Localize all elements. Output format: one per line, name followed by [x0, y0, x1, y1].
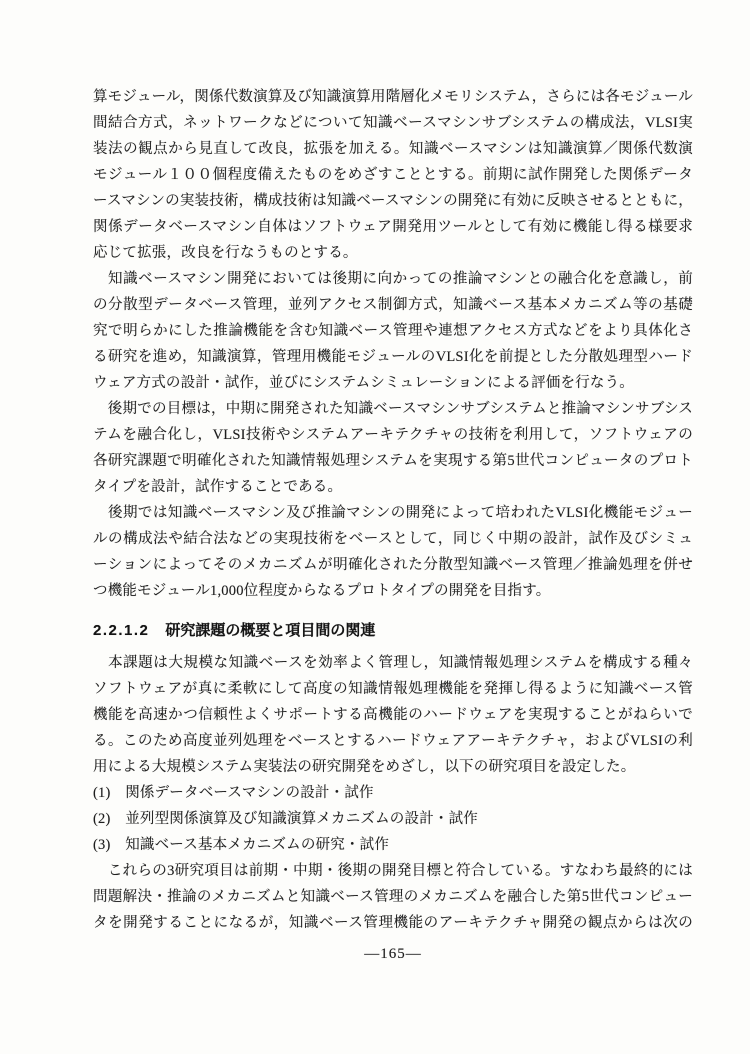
- text-line: モジュール１００個程度備えたものをめざすこととする。前期に試作開発した関係データ…: [93, 162, 693, 188]
- numbered-list: (1) 関係データベースマシンの設計・試作(2) 並列型関係演算及び知識演算メカ…: [93, 780, 693, 858]
- text-line: 知識ベースマシン開発においては後期に向かっての推論マシンとの融合化を意識し，前期: [93, 266, 693, 292]
- text-line: ウェア方式の設計・試作，並びにシステムシミュレーションによる評価を行なう。: [93, 370, 693, 396]
- section-number: 2.2.1.2: [93, 622, 149, 639]
- paragraph: 後期では知識ベースマシン及び推論マシンの開発によって培われたVLSI化機能モジュ…: [93, 500, 693, 604]
- section-heading: 2.2.1.2研究課題の概要と項目間の関連: [93, 618, 693, 644]
- text-line: 後期での目標は，中期に開発された知識ベースマシンサブシステムと推論マシンサブシス: [93, 396, 693, 422]
- text-line: 機能を高速かつ信頼性よくサポートする高機能のハードウェアを実現することがねらいで…: [93, 702, 693, 728]
- list-item: (3) 知識ベース基本メカニズムの研究・試作: [93, 832, 693, 858]
- text-line: ーションによってそのメカニズムが明確化された分散型知識ベース管理／推論処理を併せ…: [93, 552, 693, 578]
- text-line: る研究を進め，知識演算，管理用機能モジュールのVLSI化を前提とした分散処理型ハ…: [93, 344, 693, 370]
- text-line: る。このため高度並列処理をベースとするハードウェアアーキテクチャ，およびVLSI…: [93, 728, 693, 754]
- text-line: 間結合方式，ネットワークなどについて知識ベースマシンサブシステムの構成法，VLS…: [93, 110, 693, 136]
- page-number: ―165―: [93, 941, 693, 967]
- paragraph: 本課題は大規模な知識ベースを効率よく管理し，知識情報処理システムを構成する種々の…: [93, 650, 693, 780]
- text-line: つ機能モジュール1,000位程度からなるプロトタイプの開発を目指す。: [93, 578, 693, 604]
- paragraph: 後期での目標は，中期に開発された知識ベースマシンサブシステムと推論マシンサブシス…: [93, 396, 693, 500]
- paragraph: 知識ベースマシン開発においては後期に向かっての推論マシンとの融合化を意識し，前期…: [93, 266, 693, 396]
- text-line: 装法の観点から見直して改良，拡張を加える。知識ベースマシンは知識演算／関係代数演…: [93, 136, 693, 162]
- text-line: タイプを設計，試作することである。: [93, 474, 693, 500]
- text-line: これらの3研究項目は前期・中期・後期の開発目標と符合している。すなわち最終的には: [93, 858, 693, 884]
- text-line: 究で明らかにした推論機能を含む知識ベース管理や連想アクセス方式などをより具体化さ…: [93, 318, 693, 344]
- text-line: ルの構成法や結合法などの実現技術をベースとして，同じく中期の設計，試作及びシミュ…: [93, 526, 693, 552]
- text-line: 用による大規模システム実装法の研究開発をめざし，以下の研究項目を設定した。: [93, 754, 693, 780]
- scanned-page: 算モジュール，関係代数演算及び知識演算用階層化メモリシステム，さらには各モジュー…: [0, 0, 750, 1054]
- text-line: 応じて拡張，改良を行なうものとする。: [93, 240, 693, 266]
- list-item: (1) 関係データベースマシンの設計・試作: [93, 780, 693, 806]
- text-line: 算モジュール，関係代数演算及び知識演算用階層化メモリシステム，さらには各モジュー…: [93, 84, 693, 110]
- text-line: 各研究課題で明確化された知識情報処理システムを実現する第5世代コンピュータのプロ…: [93, 448, 693, 474]
- text-line: 後期では知識ベースマシン及び推論マシンの開発によって培われたVLSI化機能モジュ…: [93, 500, 693, 526]
- paragraph: 算モジュール，関係代数演算及び知識演算用階層化メモリシステム，さらには各モジュー…: [93, 84, 693, 266]
- text-line: 本課題は大規模な知識ベースを効率よく管理し，知識情報処理システムを構成する種々の: [93, 650, 693, 676]
- text-line: テムを融合化し，VLSI技術やシステムアーキテクチャの技術を利用して，ソフトウェ…: [93, 422, 693, 448]
- page-content: 算モジュール，関係代数演算及び知識演算用階層化メモリシステム，さらには各モジュー…: [93, 84, 693, 936]
- list-item: (2) 並列型関係演算及び知識演算メカニズムの設計・試作: [93, 806, 693, 832]
- text-line: 関係データベースマシン自体はソフトウェア開発用ツールとして有効に機能し得る様要求…: [93, 214, 693, 240]
- text-line: の分散型データベース管理，並列アクセス制御方式，知識ベース基本メカニズム等の基礎…: [93, 292, 693, 318]
- section-title: 研究課題の概要と項目間の関連: [165, 622, 375, 639]
- text-line: ソフトウェアが真に柔軟にして高度の知識情報処理機能を発揮し得るように知識ベース管…: [93, 676, 693, 702]
- text-line: タを開発することになるが，知識ベース管理機能のアーキテクチャ開発の観点からは次の…: [93, 910, 693, 936]
- paragraph: これらの3研究項目は前期・中期・後期の開発目標と符合している。すなわち最終的には…: [93, 858, 693, 936]
- text-line: 問題解決・推論のメカニズムと知識ベース管理のメカニズムを融合した第5世代コンピュ…: [93, 884, 693, 910]
- text-line: ースマシンの実装技術，構成技術は知識ベースマシンの開発に有効に反映させるとともに…: [93, 188, 693, 214]
